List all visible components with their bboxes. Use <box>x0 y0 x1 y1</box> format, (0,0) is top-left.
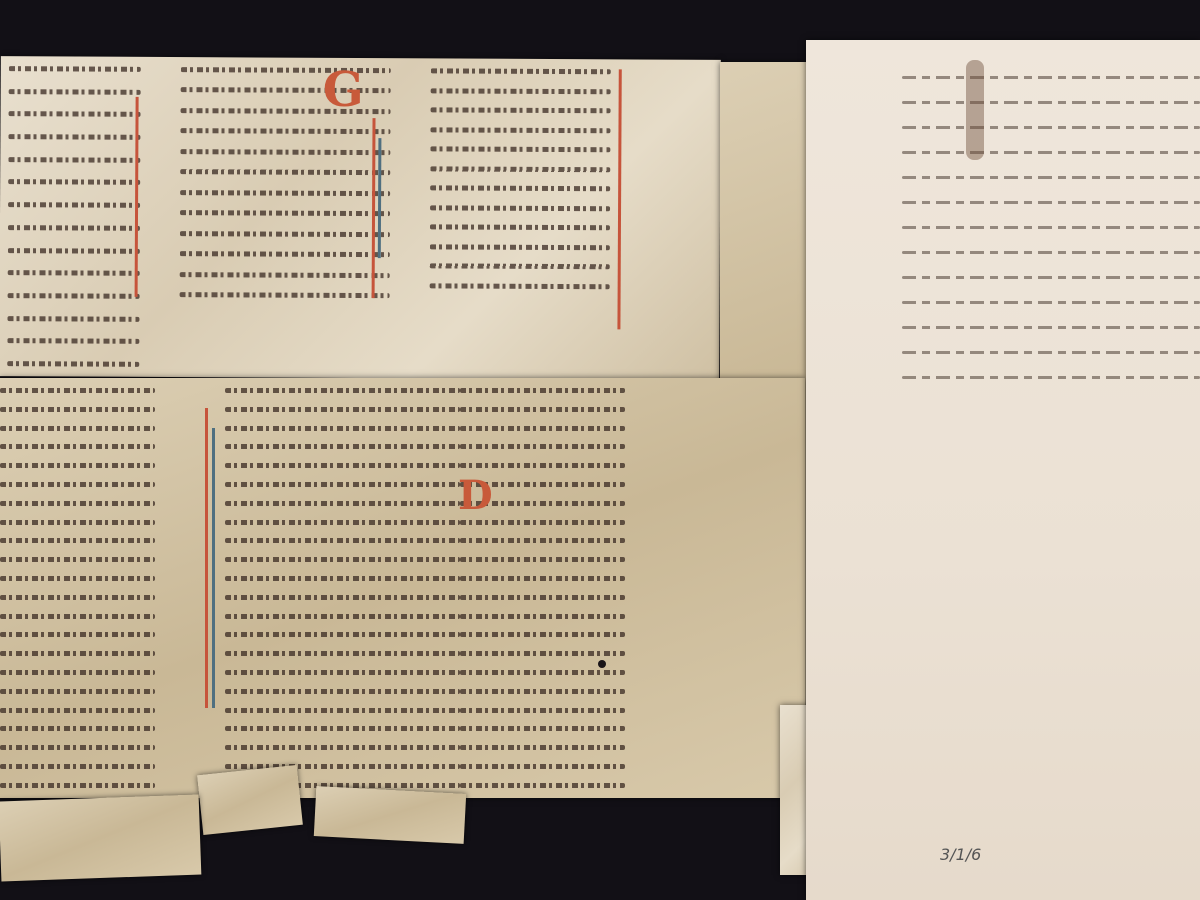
text-column-right <box>430 68 611 289</box>
illuminated-initial: D <box>458 476 493 516</box>
rubric-line <box>378 138 382 258</box>
upper-vellum-fragment: G <box>0 56 721 380</box>
shelfmark-label: 3/1/6 <box>940 845 981 864</box>
rubric-line <box>617 69 621 329</box>
torn-fragment <box>0 795 201 882</box>
text-column-left <box>7 66 141 367</box>
illuminated-initial: G <box>323 66 364 114</box>
worm-hole <box>598 660 606 668</box>
text-column-middle <box>225 388 460 788</box>
stain <box>966 60 984 160</box>
paper-document <box>806 40 1200 900</box>
rubric-line <box>212 428 215 708</box>
rubric-line <box>205 408 208 708</box>
lower-vellum-fragment: D <box>0 378 805 798</box>
handwritten-text <box>902 76 1200 396</box>
text-column-right <box>460 388 625 788</box>
text-column-left <box>0 388 155 788</box>
torn-fragment <box>197 765 303 835</box>
torn-fragment <box>314 786 466 844</box>
